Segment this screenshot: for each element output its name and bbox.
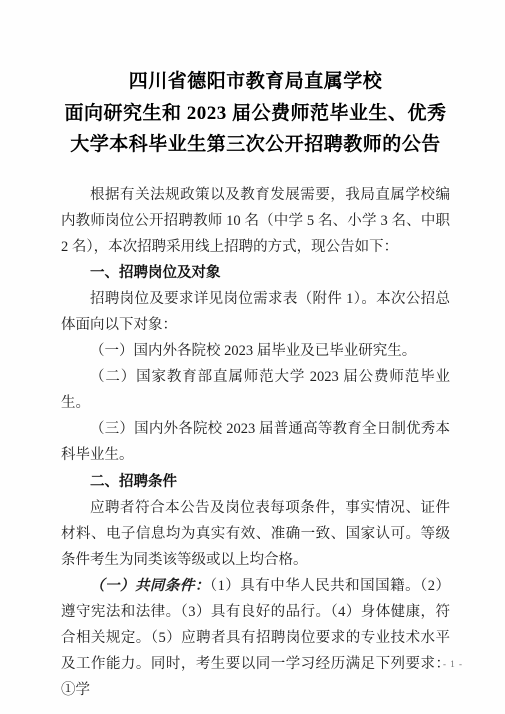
title-line-3: 大学本科毕业生第三次公开招聘教师的公告 — [61, 129, 450, 161]
page-number: - 1 - — [443, 659, 463, 669]
common-conditions-lead: （一）共同条件： — [90, 578, 210, 594]
common-conditions-text: （1）具有中华人民共和国国籍。（2）遵守宪法和法律。（3）具有良好的品行。（4）… — [61, 578, 450, 698]
paragraph-common-conditions: （一）共同条件：（1）具有中华人民共和国国籍。（2）遵守宪法和法律。（3）具有良… — [61, 573, 450, 703]
paragraph-section1-intro: 招聘岗位及要求详见岗位需求表（附件 1）。本次公招总体面向以下对象： — [61, 286, 450, 338]
document-body: 根据有关法规政策以及教育发展需要，我局直属学校编内教师岗位公开招聘教师 10 名… — [61, 182, 450, 704]
document-title: 四川省德阳市教育局直属学校 面向研究生和 2023 届公费师范毕业生、优秀 大学… — [61, 66, 450, 161]
title-line-1: 四川省德阳市教育局直属学校 — [61, 66, 450, 98]
section2-heading: 二、招聘条件 — [61, 469, 450, 495]
list-item-1: （一）国内外各院校 2023 届毕业及已毕业研究生。 — [61, 338, 450, 364]
paragraph-section2-intro: 应聘者符合本公告及岗位表每项条件，事实情况、证件材料、电子信息均为真实有效、准确… — [61, 495, 450, 573]
list-item-2: （二）国家教育部直属师范大学 2023 届公费师范毕业生。 — [61, 364, 450, 416]
paragraph-intro: 根据有关法规政策以及教育发展需要，我局直属学校编内教师岗位公开招聘教师 10 名… — [61, 182, 450, 260]
title-line-2: 面向研究生和 2023 届公费师范毕业生、优秀 — [61, 98, 450, 130]
document-page: 四川省德阳市教育局直属学校 面向研究生和 2023 届公费师范毕业生、优秀 大学… — [0, 0, 505, 714]
document-content: 四川省德阳市教育局直属学校 面向研究生和 2023 届公费师范毕业生、优秀 大学… — [61, 66, 450, 703]
list-item-3: （三）国内外各院校 2023 届普通高等教育全日制优秀本科毕业生。 — [61, 416, 450, 468]
section1-heading: 一、招聘岗位及对象 — [61, 260, 450, 286]
